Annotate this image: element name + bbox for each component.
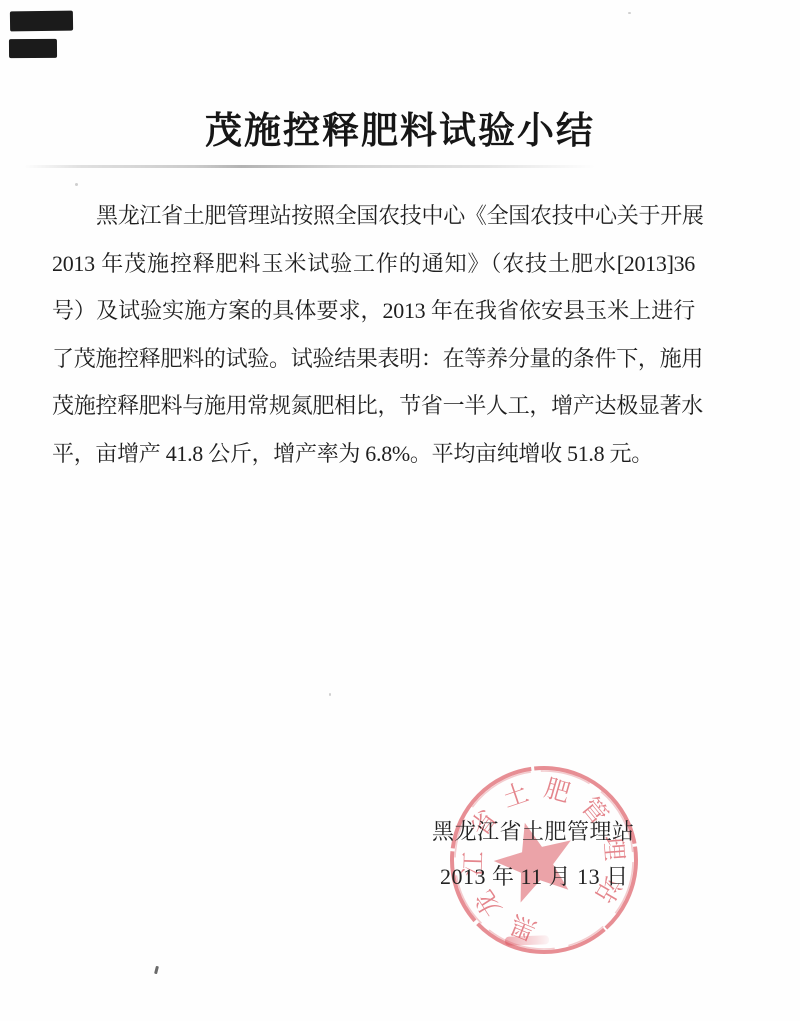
scan-speck	[628, 12, 631, 14]
body-line: 黑龙江省土肥管理站按照全国农技中心《全国农技中心关于开展	[52, 192, 695, 240]
signature-date: 2013 年 11 月 13 日	[440, 860, 629, 891]
scan-artifact-bar-bottom	[9, 39, 57, 58]
scan-speck	[75, 183, 78, 186]
scan-artifact-bar-top	[10, 11, 73, 32]
body-paragraph: 黑龙江省土肥管理站按照全国农技中心《全国农技中心关于开展 2013 年茂施控释肥…	[52, 192, 695, 477]
body-line: 平，亩增产 41.8 公斤，增产率为 6.8%。平均亩纯增收 51.8 元。	[52, 430, 695, 478]
pencil-mark	[154, 966, 159, 974]
body-line: 号）及试验实施方案的具体要求，2013 年在我省依安县玉米上进行	[52, 287, 695, 335]
document-page: 茂施控释肥料试验小结 黑龙江省土肥管理站按照全国农技中心《全国农技中心关于开展 …	[0, 0, 800, 1021]
body-line: 茂施控释肥料与施用常规氮肥相比，节省一半人工，增产达极显著水	[52, 382, 695, 430]
scan-fold-line	[24, 165, 596, 168]
document-title: 茂施控释肥料试验小结	[0, 100, 800, 154]
signature-organization: 黑龙江省土肥管理站	[432, 815, 635, 846]
body-line: 了茂施控释肥料的试验。试验结果表明：在等养分量的条件下，施用	[52, 335, 695, 383]
scan-speck	[329, 693, 331, 696]
body-line: 2013 年茂施控释肥料玉米试验工作的通知》（农技土肥水[2013]36	[52, 240, 695, 288]
